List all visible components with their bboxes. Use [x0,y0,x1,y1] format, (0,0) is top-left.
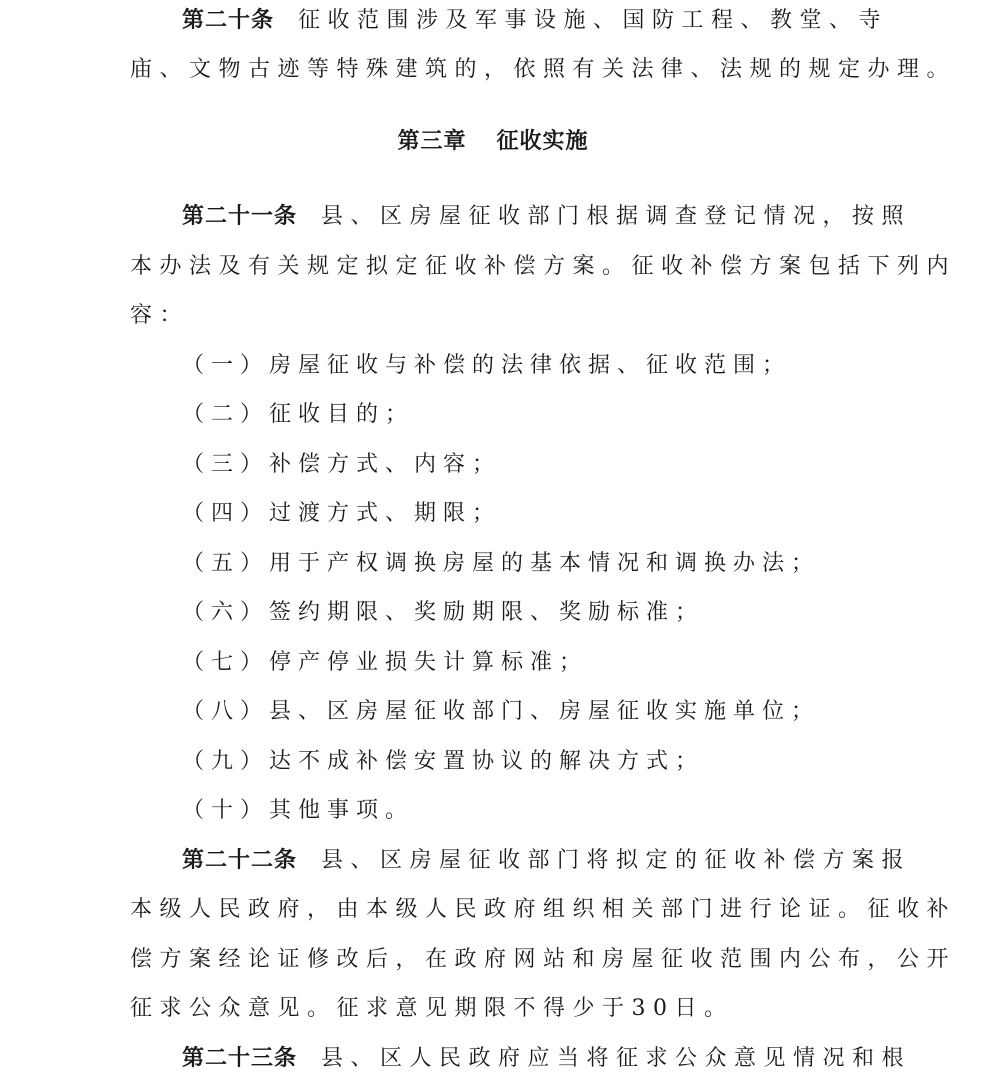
chapter-title: 征收实施 [497,129,589,154]
article-20-text-1: 征收范围涉及军事设施、国防工程、教堂、寺 [298,8,888,33]
chapter-number: 第三章 [397,129,466,154]
list-item: （五）用于产权调换房屋的基本情况和调换办法； [182,549,865,579]
article-23-number: 第二十三条 [182,1046,297,1071]
article-21-line-2: 本办法及有关规定拟定征收补偿方案。征收补偿方案包括下列内 [130,252,865,282]
list-item: （四）过渡方式、期限； [182,499,865,529]
chapter-heading: 第三章征收实施 [0,127,986,157]
article-23-line-1: 第二十三条县、区人民政府应当将征求公众意见情况和根 [182,1044,865,1074]
list-item: （八）县、区房屋征收部门、房屋征收实施单位； [182,697,865,727]
list-item: （一）房屋征收与补偿的法律依据、征收范围； [182,351,865,381]
article-22-text-1: 县、区房屋征收部门将拟定的征收补偿方案报 [321,848,911,873]
article-23-text-1: 县、区人民政府应当将征求公众意见情况和根 [321,1046,911,1071]
article-22-number: 第二十二条 [182,848,297,873]
article-22-line-1: 第二十二条县、区房屋征收部门将拟定的征收补偿方案报 [182,846,865,876]
list-item: （三）补偿方式、内容； [182,450,865,480]
article-20-number: 第二十条 [182,8,274,33]
article-21-line-3: 容： [130,301,865,331]
article-20-line-2: 庙、文物古迹等特殊建筑的，依照有关法律、法规的规定办理。 [130,55,865,85]
article-21-text-1: 县、区房屋征收部门根据调查登记情况，按照 [321,204,911,229]
list-item: （六）签约期限、奖励期限、奖励标准； [182,598,865,628]
list-item: （十）其他事项。 [182,796,865,826]
article-21-line-1: 第二十一条县、区房屋征收部门根据调查登记情况，按照 [182,202,865,232]
article-22-line-2: 本级人民政府，由本级人民政府组织相关部门进行论证。征收补 [130,895,865,925]
list-item: （七）停产停业损失计算标准； [182,648,865,678]
list-item: （九）达不成补偿安置协议的解决方式； [182,747,865,777]
article-20-line-1: 第二十条征收范围涉及军事设施、国防工程、教堂、寺 [182,6,865,36]
article-22-line-3: 偿方案经论证修改后，在政府网站和房屋征收范围内公布，公开 [130,945,865,975]
list-item: （二）征收目的； [182,400,865,430]
article-22-line-4: 征求公众意见。征求意见期限不得少于30日。 [130,994,865,1024]
article-21-number: 第二十一条 [182,204,297,229]
